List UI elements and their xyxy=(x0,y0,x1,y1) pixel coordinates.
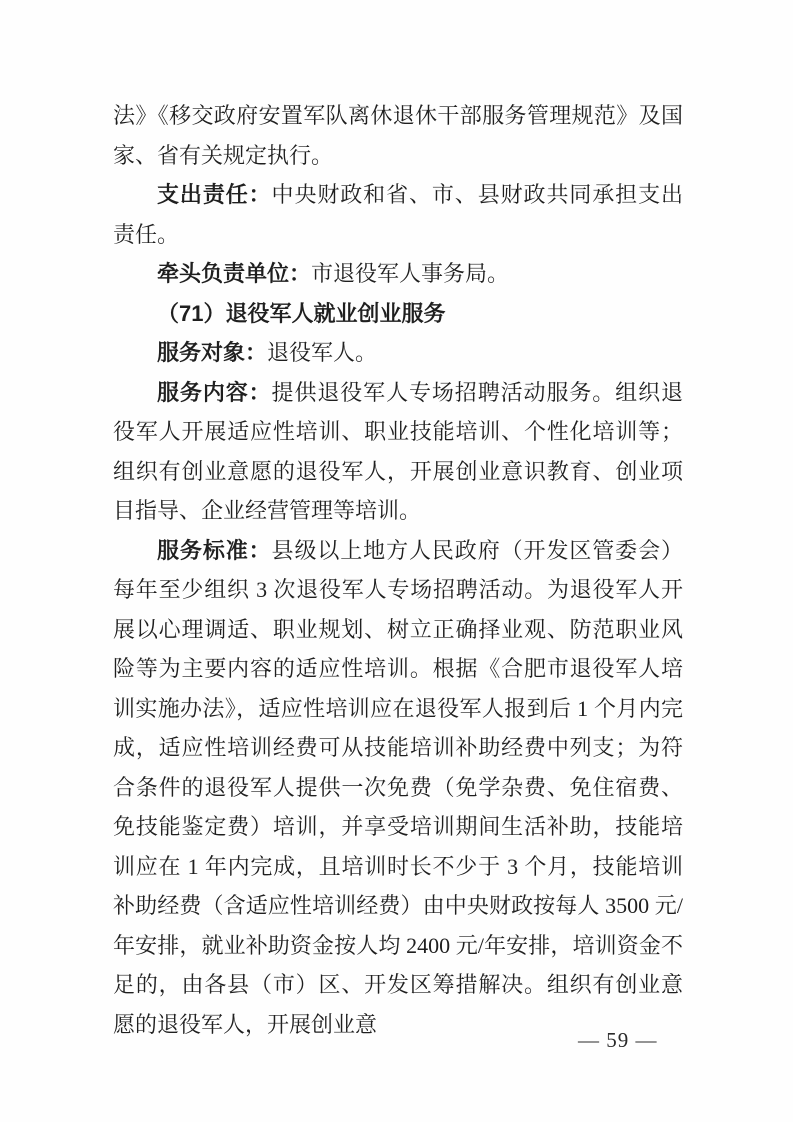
page-number: — 59 — xyxy=(578,1028,658,1052)
paragraph: 服务内容：提供退役军人专场招聘活动服务。组织退役军人开展适应性培训、职业技能培训… xyxy=(113,373,683,531)
paragraph-text: 县级以上地方人民政府（开发区管委会）每年至少组织 3 次退役军人专场招聘活动。为… xyxy=(113,538,683,1037)
paragraph-label: 支出责任： xyxy=(157,182,272,207)
paragraph-label: 服务对象： xyxy=(157,340,267,365)
paragraph-text: 退役军人。 xyxy=(267,340,377,365)
paragraph-label: 服务标准： xyxy=(157,538,272,563)
document-page: 法》《移交政府安置军队离休退休干部服务管理规范》及国家、省有关规定执行。支出责任… xyxy=(0,0,793,1122)
page-footer: — 59 — xyxy=(578,1028,658,1053)
paragraph: 法》《移交政府安置军队离休退休干部服务管理规范》及国家、省有关规定执行。 xyxy=(113,96,683,175)
paragraph-text: 市退役军人事务局。 xyxy=(311,261,509,286)
paragraph-label: 牵头负责单位： xyxy=(157,261,311,286)
paragraph: 服务标准：县级以上地方人民政府（开发区管委会）每年至少组织 3 次退役军人专场招… xyxy=(113,531,683,1045)
paragraph: 牵头负责单位：市退役军人事务局。 xyxy=(113,254,683,294)
paragraph-label: 服务内容： xyxy=(157,380,272,405)
document-body: 法》《移交政府安置军队离休退休干部服务管理规范》及国家、省有关规定执行。支出责任… xyxy=(113,96,683,1044)
paragraph-text: 法》《移交政府安置军队离休退休干部服务管理规范》及国家、省有关规定执行。 xyxy=(113,103,683,168)
paragraph: 支出责任：中央财政和省、市、县财政共同承担支出责任。 xyxy=(113,175,683,254)
section-heading: （71）退役军人就业创业服务 xyxy=(113,294,683,334)
paragraph: 服务对象：退役军人。 xyxy=(113,333,683,373)
heading-text: （71）退役军人就业创业服务 xyxy=(157,301,445,326)
